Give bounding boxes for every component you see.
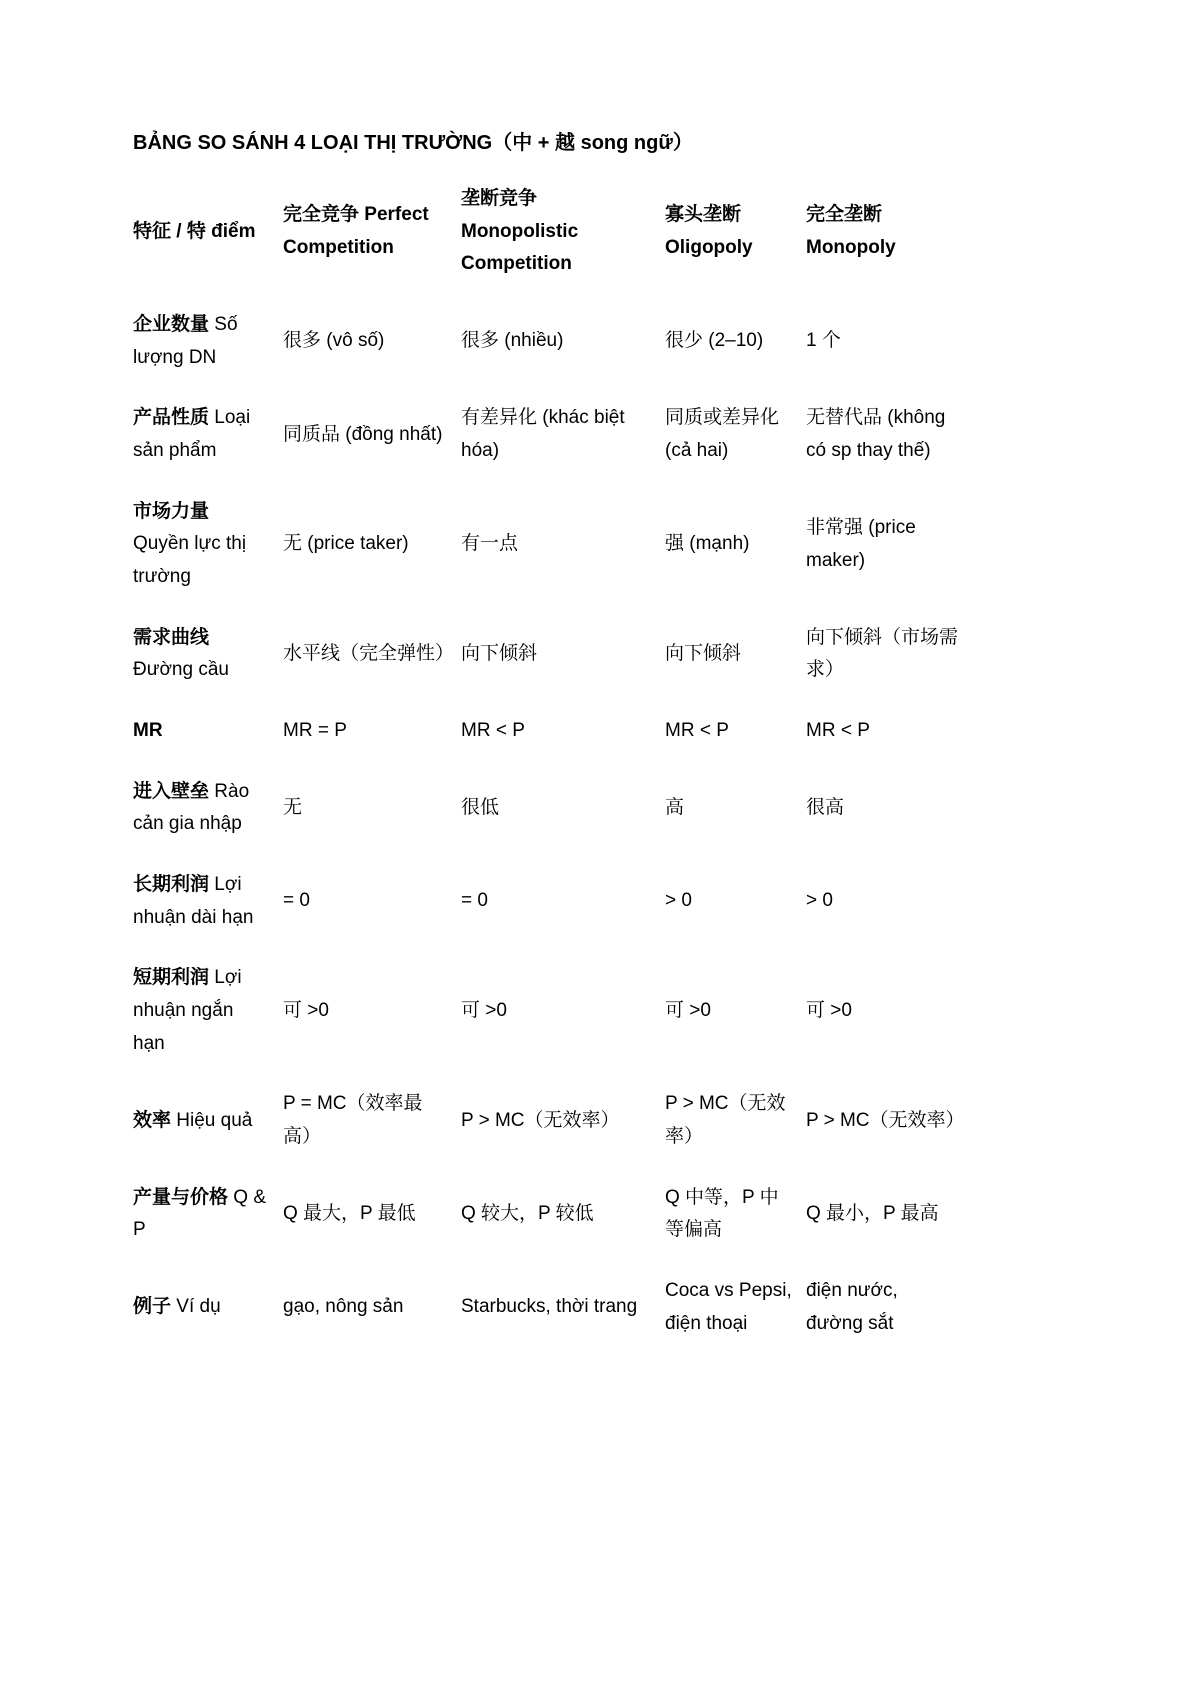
table-row-entry-barriers: 进入壁垒 Rào cản gia nhập 无 很低 高 很高 [133,762,972,855]
cell-firm-count-oligopoly: 很少 (2–10) [665,295,806,388]
col-header-monopoly-en: Monopoly [806,237,896,258]
cell-quantity-price-perfect: Q 最大，P 最低 [283,1168,461,1261]
table-row-market-power: 市场力量 Quyền lực thị trường 无 (price taker… [133,482,972,608]
cell-efficiency-oligopoly: P > MC（无效率） [665,1074,806,1167]
cell-efficiency-monopoly: P > MC（无效率） [806,1074,972,1167]
cell-longrun-profit-monopoly: > 0 [806,855,972,948]
header-row: 特征 / 特 điểm 完全竞争 Perfect Competition 垄断竞… [133,169,972,295]
row-label-product-nature: 产品性质 Loại sản phẩm [133,388,283,481]
table-row-firm-count: 企业数量 Số lượng DN 很多 (vô số) 很多 (nhiều) 很… [133,295,972,388]
row-label-firm-count: 企业数量 Số lượng DN [133,295,283,388]
row-label-demand-curve-zh: 需求曲线 [133,627,209,648]
row-label-mr: MR [133,701,283,762]
cell-examples-monopoly: điện nước, đường sắt [806,1261,972,1354]
table-row-examples: 例子 Ví dụ gạo, nông sản Starbucks, thời t… [133,1261,972,1354]
table-row-mr: MR MR = P MR < P MR < P MR < P [133,701,972,762]
cell-demand-curve-monopoly: 向下倾斜（市场需求） [806,608,972,701]
table-row-efficiency: 效率 Hiệu quả P = MC（效率最高） P > MC（无效率） P >… [133,1074,972,1167]
row-label-shortrun-profit-zh: 短期利润 [133,967,209,988]
row-label-efficiency: 效率 Hiệu quả [133,1074,283,1167]
cell-mr-monopolistic: MR < P [461,701,665,762]
cell-quantity-price-monopolistic: Q 较大，P 较低 [461,1168,665,1261]
cell-quantity-price-oligopoly: Q 中等，P 中等偏高 [665,1168,806,1261]
row-label-examples: 例子 Ví dụ [133,1261,283,1354]
col-header-monopoly-zh: 完全垄断 [806,204,882,225]
cell-product-nature-monopolistic: 有差异化 (khác biệt hóa) [461,388,665,481]
cell-longrun-profit-perfect: = 0 [283,855,461,948]
cell-market-power-oligopoly: 强 (mạnh) [665,482,806,608]
row-label-market-power-zh: 市场力量 [133,501,209,522]
cell-efficiency-perfect: P = MC（效率最高） [283,1074,461,1167]
row-label-firm-count-zh: 企业数量 [133,314,209,335]
cell-examples-perfect: gạo, nông sản [283,1261,461,1354]
row-label-quantity-price: 产量与价格 Q & P [133,1168,283,1261]
table-row-longrun-profit: 长期利润 Lợi nhuận dài hạn = 0 = 0 > 0 > 0 [133,855,972,948]
cell-mr-oligopoly: MR < P [665,701,806,762]
row-label-market-power-vi: Quyền lực thị trường [133,533,246,587]
table-row-product-nature: 产品性质 Loại sản phẩm 同质品 (đồng nhất) 有差异化 … [133,388,972,481]
cell-efficiency-monopolistic: P > MC（无效率） [461,1074,665,1167]
col-header-feature-vi: điểm [211,221,255,242]
cell-examples-oligopoly: Coca vs Pepsi, điện thoại [665,1261,806,1354]
cell-shortrun-profit-oligopoly: 可 >0 [665,948,806,1074]
cell-longrun-profit-oligopoly: > 0 [665,855,806,948]
cell-shortrun-profit-perfect: 可 >0 [283,948,461,1074]
table-row-shortrun-profit: 短期利润 Lợi nhuận ngắn hạn 可 >0 可 >0 可 >0 可… [133,948,972,1074]
row-label-mr-zh: MR [133,720,163,741]
col-header-perfect-competition-zh: 完全竞争 [283,204,359,225]
cell-firm-count-monopoly: 1 个 [806,295,972,388]
table-row-demand-curve: 需求曲线 Đường cầu 水平线（完全弹性） 向下倾斜 向下倾斜 向下倾斜（… [133,608,972,701]
cell-entry-barriers-monopoly: 很高 [806,762,972,855]
cell-entry-barriers-oligopoly: 高 [665,762,806,855]
col-header-oligopoly-zh: 寡头垄断 [665,204,741,225]
market-comparison-table: 特征 / 特 điểm 完全竞争 Perfect Competition 垄断竞… [133,169,972,1354]
row-label-entry-barriers: 进入壁垒 Rào cản gia nhập [133,762,283,855]
row-label-longrun-profit: 长期利润 Lợi nhuận dài hạn [133,855,283,948]
col-header-oligopoly: 寡头垄断 Oligopoly [665,169,806,295]
cell-demand-curve-perfect: 水平线（完全弹性） [283,608,461,701]
row-label-demand-curve-vi: Đường cầu [133,659,229,680]
col-header-monopolistic-competition-zh: 垄断竞争 [461,188,537,209]
cell-quantity-price-monopoly: Q 最小，P 最高 [806,1168,972,1261]
cell-mr-monopoly: MR < P [806,701,972,762]
row-label-examples-vi: Ví dụ [176,1296,220,1317]
row-label-entry-barriers-zh: 进入壁垒 [133,781,209,802]
col-header-feature: 特征 / 特 điểm [133,169,283,295]
cell-firm-count-monopolistic: 很多 (nhiều) [461,295,665,388]
col-header-perfect-competition: 完全竞争 Perfect Competition [283,169,461,295]
cell-entry-barriers-monopolistic: 很低 [461,762,665,855]
cell-product-nature-oligopoly: 同质或差异化 (cả hai) [665,388,806,481]
cell-market-power-perfect: 无 (price taker) [283,482,461,608]
cell-shortrun-profit-monopoly: 可 >0 [806,948,972,1074]
row-label-efficiency-zh: 效率 [133,1110,171,1131]
col-header-monopoly: 完全垄断 Monopoly [806,169,972,295]
row-label-product-nature-zh: 产品性质 [133,407,209,428]
cell-mr-perfect: MR = P [283,701,461,762]
document-page: BẢNG SO SÁNH 4 LOẠI THỊ TRƯỜNG（中 + 越 son… [0,0,1200,1696]
cell-examples-monopolistic: Starbucks, thời trang [461,1261,665,1354]
cell-market-power-monopoly: 非常强 (price maker) [806,482,972,608]
cell-longrun-profit-monopolistic: = 0 [461,855,665,948]
row-label-longrun-profit-zh: 长期利润 [133,874,209,895]
row-label-shortrun-profit: 短期利润 Lợi nhuận ngắn hạn [133,948,283,1074]
cell-product-nature-perfect: 同质品 (đồng nhất) [283,388,461,481]
row-label-market-power: 市场力量 Quyền lực thị trường [133,482,283,608]
table-row-quantity-price: 产量与价格 Q & P Q 最大，P 最低 Q 较大，P 较低 Q 中等，P 中… [133,1168,972,1261]
row-label-examples-zh: 例子 [133,1296,171,1317]
cell-product-nature-monopoly: 无替代品 (không có sp thay thế) [806,388,972,481]
page-title: BẢNG SO SÁNH 4 LOẠI THỊ TRƯỜNG（中 + 越 son… [133,130,1110,157]
row-label-demand-curve: 需求曲线 Đường cầu [133,608,283,701]
cell-firm-count-perfect: 很多 (vô số) [283,295,461,388]
col-header-oligopoly-en: Oligopoly [665,237,753,258]
cell-shortrun-profit-monopolistic: 可 >0 [461,948,665,1074]
cell-demand-curve-monopolistic: 向下倾斜 [461,608,665,701]
col-header-monopolistic-competition: 垄断竞争 Monopolistic Competition [461,169,665,295]
cell-market-power-monopolistic: 有一点 [461,482,665,608]
row-label-efficiency-vi: Hiệu quả [176,1110,252,1131]
cell-demand-curve-oligopoly: 向下倾斜 [665,608,806,701]
col-header-feature-zh: 特征 / 特 [133,221,206,242]
row-label-quantity-price-zh: 产量与价格 [133,1187,228,1208]
cell-entry-barriers-perfect: 无 [283,762,461,855]
col-header-monopolistic-competition-en: Monopolistic Competition [461,221,578,275]
